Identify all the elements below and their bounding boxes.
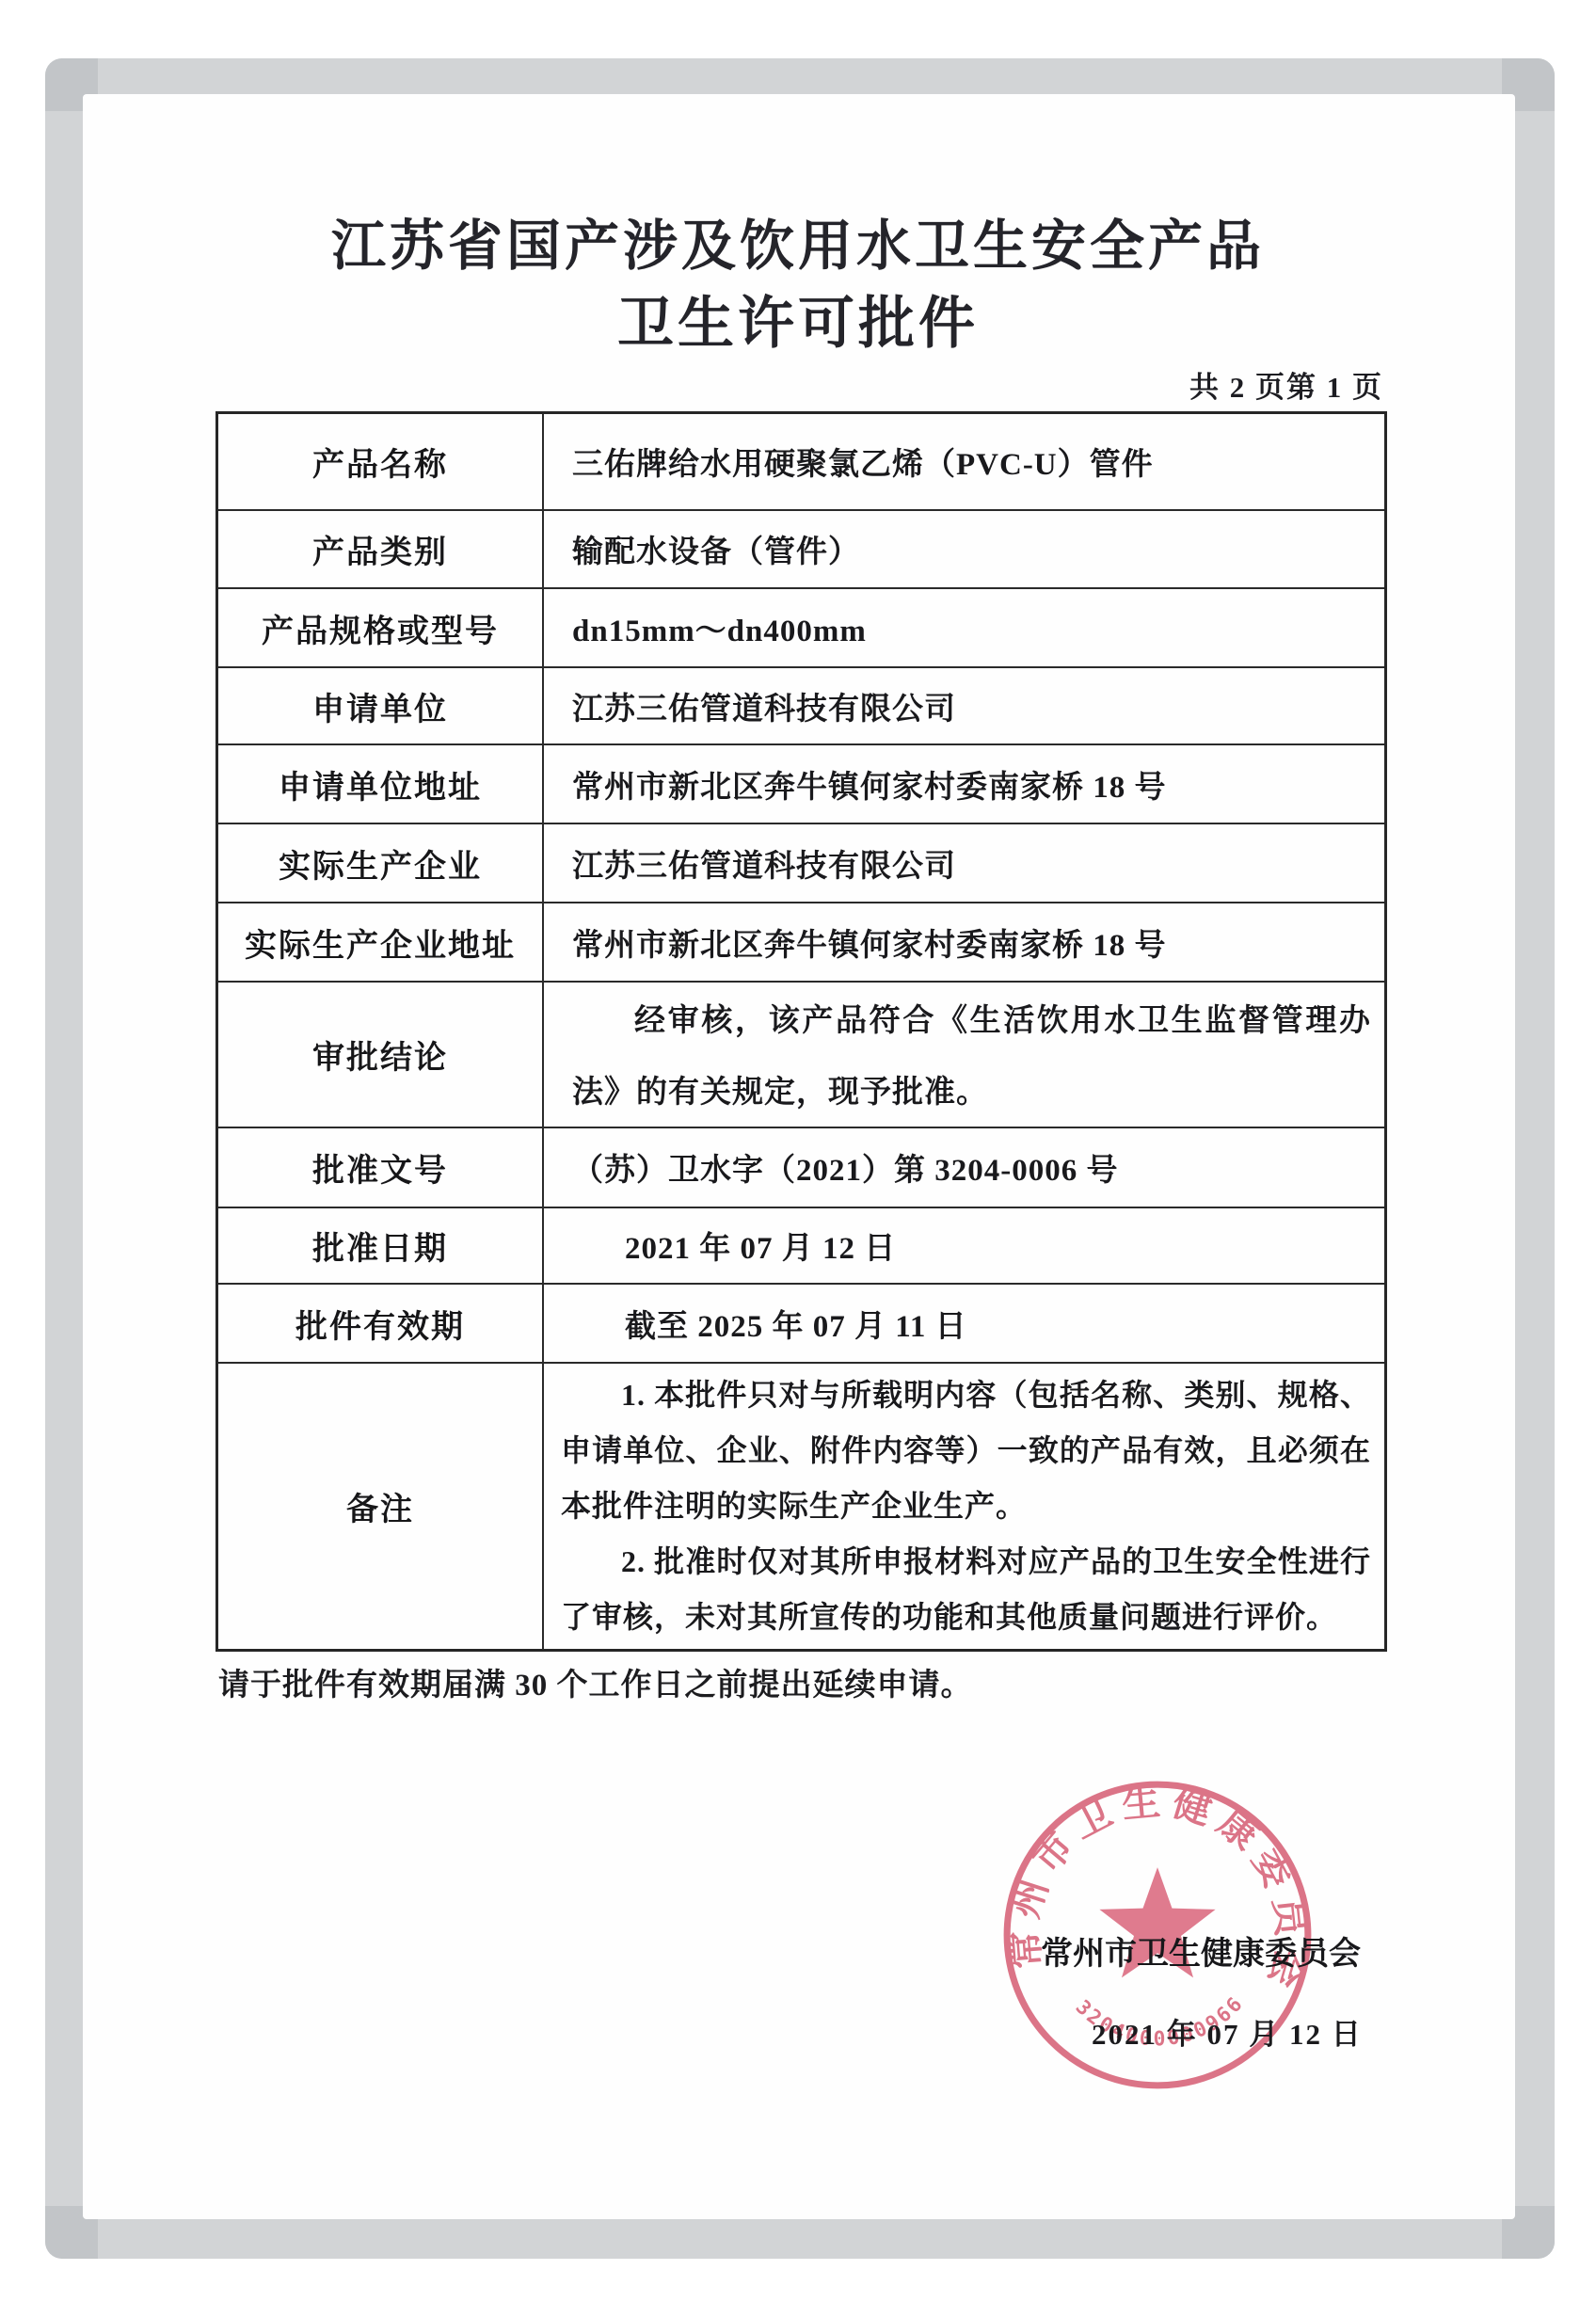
row-value: 截至 2025 年 07 月 11 日	[544, 1285, 1384, 1362]
row-value: 1. 本批件只对与所载明内容（包括名称、类别、规格、申请单位、企业、附件内容等）…	[544, 1364, 1384, 1649]
row-label: 批件有效期	[218, 1285, 544, 1362]
remark-item-2: 2. 批准时仅对其所申报材料对应产品的卫生安全性进行了审核，未对其所宣传的功能和…	[561, 1534, 1371, 1645]
row-value: 常州市新北区奔牛镇何家村委南家桥 18 号	[544, 745, 1384, 823]
row-value: 三佑牌给水用硬聚氯乙烯（PVC-U）管件	[544, 414, 1384, 509]
row-value: （苏）卫水字（2021）第 3204-0006 号	[544, 1128, 1384, 1207]
row-value: 常州市新北区奔牛镇何家村委南家桥 18 号	[544, 903, 1384, 981]
table-row-remarks: 备注 1. 本批件只对与所载明内容（包括名称、类别、规格、申请单位、企业、附件内…	[218, 1364, 1384, 1649]
approval-conclusion-text: 经审核，该产品符合《生活饮用水卫生监督管理办法》的有关规定，现予批准。	[572, 986, 1371, 1129]
page-indicator: 共 2 页第 1 页	[1189, 363, 1383, 406]
renewal-note: 请于批件有效期届满 30 个工作日之前提出延续申请。	[218, 1660, 973, 1704]
row-label: 实际生产企业地址	[218, 903, 544, 981]
table-row-validity-period: 批件有效期 截至 2025 年 07 月 11 日	[218, 1285, 1384, 1364]
table-row-applicant: 申请单位 江苏三佑管道科技有限公司	[218, 668, 1384, 745]
row-label: 产品规格或型号	[218, 589, 544, 666]
table-row-product-category: 产品类别 输配水设备（管件）	[218, 511, 1384, 589]
table-row-approval-number: 批准文号 （苏）卫水字（2021）第 3204-0006 号	[218, 1128, 1384, 1208]
row-value: 江苏三佑管道科技有限公司	[544, 824, 1384, 902]
document-title-line2: 卫生许可批件	[0, 279, 1596, 360]
table-row-product-spec: 产品规格或型号 dn15mm～dn400mm	[218, 589, 1384, 668]
issue-date: 2021 年 07 月 12 日	[1092, 2010, 1363, 2053]
row-label: 备注	[218, 1364, 544, 1649]
row-label: 产品类别	[218, 511, 544, 587]
table-row-approval-conclusion: 审批结论 经审核，该产品符合《生活饮用水卫生监督管理办法》的有关规定，现予批准。	[218, 983, 1384, 1128]
row-value: 2021 年 07 月 12 日	[544, 1208, 1384, 1283]
row-label: 产品名称	[218, 414, 544, 509]
table-row-approval-date: 批准日期 2021 年 07 月 12 日	[218, 1208, 1384, 1285]
row-label: 批准日期	[218, 1208, 544, 1283]
row-label: 批准文号	[218, 1128, 544, 1207]
table-row-product-name: 产品名称 三佑牌给水用硬聚氯乙烯（PVC-U）管件	[218, 414, 1384, 511]
issuing-authority: 常州市卫生健康委员会	[1041, 1927, 1361, 1974]
table-row-manufacturer-address: 实际生产企业地址 常州市新北区奔牛镇何家村委南家桥 18 号	[218, 903, 1384, 983]
row-label: 审批结论	[218, 983, 544, 1127]
permit-table: 产品名称 三佑牌给水用硬聚氯乙烯（PVC-U）管件 产品类别 输配水设备（管件）…	[215, 411, 1387, 1652]
remark-item-1: 1. 本批件只对与所载明内容（包括名称、类别、规格、申请单位、企业、附件内容等）…	[561, 1367, 1371, 1534]
row-value: 经审核，该产品符合《生活饮用水卫生监督管理办法》的有关规定，现予批准。	[544, 983, 1384, 1127]
row-label: 申请单位地址	[218, 745, 544, 823]
row-value: 江苏三佑管道科技有限公司	[544, 668, 1384, 743]
row-value: 输配水设备（管件）	[544, 511, 1384, 587]
row-label: 实际生产企业	[218, 824, 544, 902]
row-label: 申请单位	[218, 668, 544, 743]
document-title-line1: 江苏省国产涉及饮用水卫生安全产品	[0, 201, 1596, 280]
table-row-applicant-address: 申请单位地址 常州市新北区奔牛镇何家村委南家桥 18 号	[218, 745, 1384, 824]
row-value: dn15mm～dn400mm	[544, 589, 1384, 666]
table-row-manufacturer: 实际生产企业 江苏三佑管道科技有限公司	[218, 824, 1384, 903]
